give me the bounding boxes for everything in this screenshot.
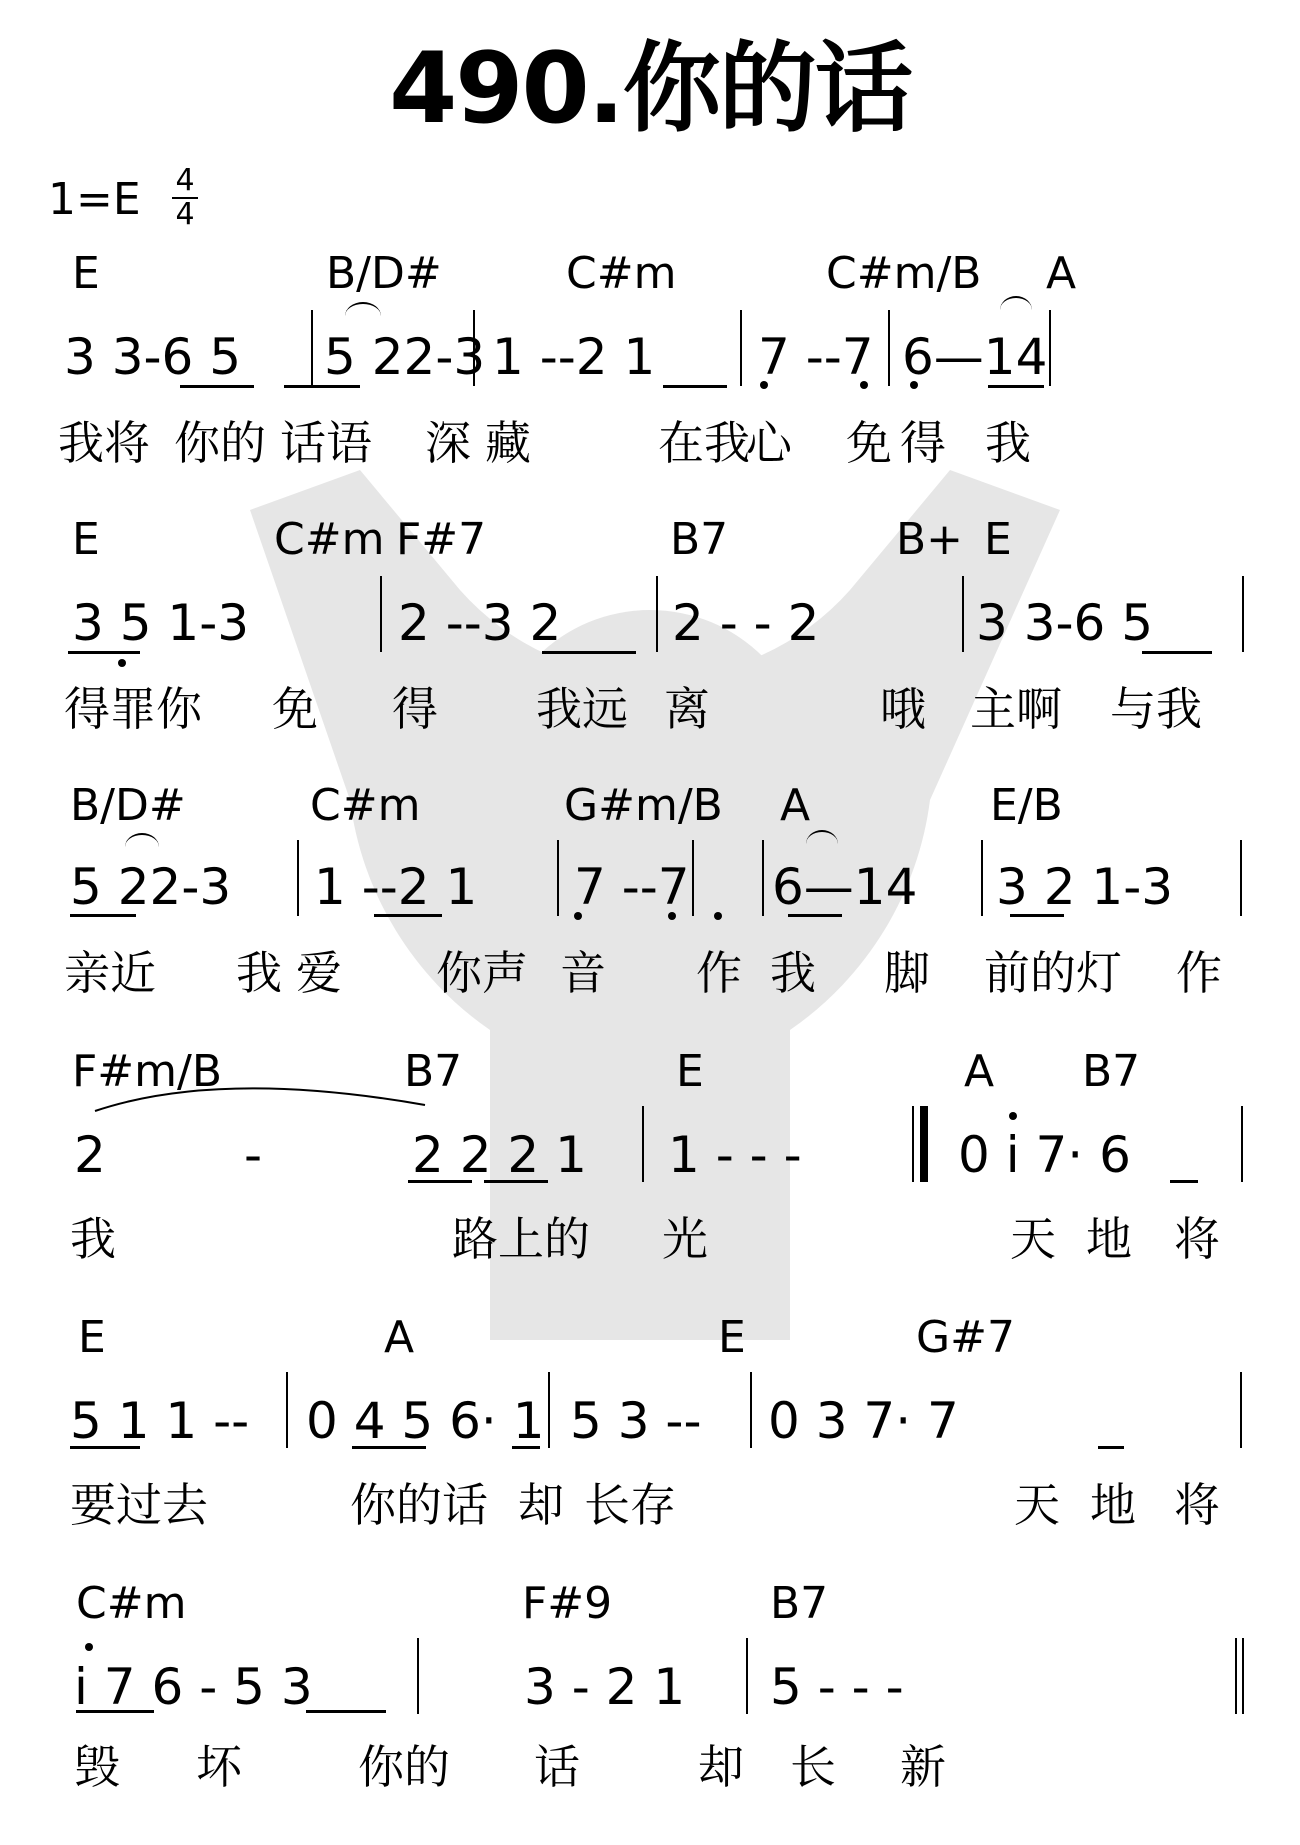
chord: B/D# — [70, 784, 186, 828]
underline — [788, 914, 842, 917]
low-octave-dot — [714, 912, 722, 920]
underline — [180, 385, 254, 388]
barline — [473, 310, 475, 386]
chord: C#m — [310, 784, 420, 828]
lyric: 爱 — [296, 950, 342, 996]
tie-arc — [125, 833, 159, 847]
chord: B/D# — [326, 252, 442, 296]
lyric: 长 — [790, 1744, 836, 1790]
low-octave-dot — [910, 381, 918, 389]
lyric: 你的 — [358, 1744, 450, 1790]
lyric: 脚 — [884, 950, 930, 996]
measure-notes: 5 1 1 -- — [70, 1396, 249, 1446]
chord: C#m — [76, 1582, 186, 1626]
lyric: 与我 — [1110, 686, 1202, 732]
lyric: 话 — [534, 1744, 580, 1790]
lyric: 作 — [1176, 950, 1222, 996]
lyric: 将 — [1174, 1216, 1220, 1262]
underline — [1098, 1446, 1124, 1449]
underline — [284, 385, 360, 388]
measure-notes: 2 2 2 1 — [412, 1130, 587, 1180]
song-title: 490.你的话 — [0, 40, 1300, 138]
chord: E — [718, 1316, 746, 1360]
lyric: 却 — [698, 1744, 744, 1790]
measure-notes: 5 22-3 — [70, 862, 231, 912]
measure-notes: 3 2 1-3 — [996, 862, 1173, 912]
barline — [286, 1372, 288, 1448]
underline — [512, 1446, 540, 1449]
chord: B7 — [670, 518, 728, 562]
measure-notes: 3 3-6 5 — [64, 332, 241, 382]
lyric: 长存 — [584, 1482, 676, 1528]
lyric: 音 — [560, 950, 606, 996]
time-sig-top: 4 — [172, 166, 198, 196]
underline — [1010, 914, 1064, 917]
lyric: 得 — [392, 686, 438, 732]
time-signature: 4 4 — [172, 166, 198, 230]
underline — [408, 1180, 472, 1183]
time-sig-bottom: 4 — [172, 200, 198, 230]
chord: E — [676, 1050, 704, 1094]
chord: C#m — [274, 518, 384, 562]
measure-notes: 7 --7 — [574, 862, 690, 912]
chord: B7 — [1082, 1050, 1140, 1094]
lyric: 我 — [985, 420, 1031, 466]
barline — [417, 1638, 419, 1714]
barline — [888, 310, 890, 386]
lyric: 新 — [900, 1744, 946, 1790]
lyric: 要过去 — [70, 1482, 208, 1528]
barline — [962, 576, 964, 652]
lyric: 免 — [846, 420, 892, 466]
barline — [642, 1106, 644, 1182]
underline — [306, 1710, 386, 1713]
chord: G#7 — [916, 1316, 1015, 1360]
underline — [1170, 1180, 1198, 1183]
measure-notes: 6—14 — [902, 332, 1047, 382]
low-octave-dot — [574, 912, 582, 920]
lyric: 我 — [70, 1216, 116, 1262]
measure-notes: 1 - - - — [668, 1130, 802, 1180]
underline — [76, 1710, 154, 1713]
chord: A — [780, 784, 810, 828]
lyric: 主啊 — [970, 686, 1062, 732]
lyric: 路上的 — [452, 1216, 590, 1262]
lyric: 心 — [746, 420, 792, 466]
barline — [1241, 1106, 1243, 1182]
tie-arc — [345, 302, 381, 316]
barline — [750, 1372, 752, 1448]
chord: F#7 — [396, 518, 486, 562]
underline — [70, 914, 136, 917]
chord: A — [1046, 252, 1076, 296]
lyric: 我将 — [58, 420, 150, 466]
low-octave-dot — [760, 381, 768, 389]
measure-notes: 3 5 1-3 — [72, 598, 249, 648]
barline — [1242, 576, 1244, 652]
lyric: 你声 — [436, 950, 528, 996]
chord: C#m/B — [826, 252, 981, 296]
lyric: 坏 — [196, 1744, 242, 1790]
lyric: 哦 — [880, 686, 926, 732]
tie-arc — [806, 830, 838, 844]
lyric: 得 — [900, 420, 946, 466]
measure-notes: i 7 6 - 5 3 — [74, 1662, 313, 1712]
chord: E/B — [990, 784, 1063, 828]
lyric: 得罪你 — [64, 686, 202, 732]
measure-notes: 1 --2 1 — [492, 332, 655, 382]
measure-notes: 5 22-3 — [324, 332, 485, 382]
lyric: 将 — [1174, 1482, 1220, 1528]
measure-notes: 3 3-6 5 — [976, 598, 1153, 648]
measure-notes: 2 - - 2 — [672, 598, 819, 648]
barline — [548, 1372, 550, 1448]
lyric: 我 — [770, 950, 816, 996]
lyric: 亲近 — [64, 950, 156, 996]
underline — [352, 1446, 426, 1449]
lyric: 你的 — [174, 420, 266, 466]
measure-notes: 0 i 7· 6 — [958, 1130, 1131, 1180]
barline — [297, 840, 299, 916]
barline — [380, 576, 382, 652]
chord: E — [72, 518, 100, 562]
barline — [1240, 1372, 1242, 1448]
barline — [912, 1106, 914, 1182]
slur-arc — [90, 1075, 430, 1115]
repeat-barline — [920, 1106, 928, 1182]
lyric: 在我 — [658, 420, 750, 466]
key-signature: 1=E — [48, 178, 141, 222]
lyric: 地 — [1086, 1216, 1132, 1262]
lyric: 光 — [662, 1216, 708, 1262]
measure-notes: 3 - 2 1 — [524, 1662, 685, 1712]
measure-notes: 0 4 5 6· 1 — [306, 1396, 545, 1446]
measure-notes: 2 — [74, 1130, 106, 1180]
underline — [70, 1446, 140, 1449]
measure-notes: 6—14 — [772, 862, 917, 912]
barline — [1240, 840, 1242, 916]
measure-notes: 0 3 7· 7 — [768, 1396, 959, 1446]
barline — [746, 1638, 748, 1714]
low-octave-dot — [860, 381, 868, 389]
barline — [1049, 310, 1051, 386]
underline — [484, 1180, 548, 1183]
chord: A — [384, 1316, 414, 1360]
chord: C#m — [566, 252, 676, 296]
barline — [656, 576, 658, 652]
lyric: 我远 — [536, 686, 628, 732]
underline — [1142, 651, 1212, 654]
barline — [981, 840, 983, 916]
lyric: 免 — [272, 686, 318, 732]
chord: B7 — [770, 1582, 828, 1626]
measure-notes: 5 - - - — [770, 1662, 904, 1712]
barline — [311, 310, 313, 386]
lyric: 话语 — [280, 420, 372, 466]
underline — [374, 914, 442, 917]
high-octave-dot — [1009, 1112, 1017, 1120]
measure-notes: 7 --7 — [758, 332, 874, 382]
measure-notes: - — [244, 1130, 262, 1180]
lyric: 藏 — [485, 420, 531, 466]
barline — [762, 840, 764, 916]
measure-notes: 5 3 -- — [570, 1396, 702, 1446]
final-barline — [1235, 1638, 1237, 1714]
barline — [692, 840, 694, 916]
barline — [740, 310, 742, 386]
low-octave-dot — [118, 659, 126, 667]
chord: E — [72, 252, 100, 296]
underline — [542, 651, 636, 654]
lyric: 离 — [664, 686, 710, 732]
high-octave-dot — [85, 1643, 93, 1651]
chord: E — [984, 518, 1012, 562]
measure-notes: 2 --3 2 — [398, 598, 561, 648]
chord: A — [964, 1050, 994, 1094]
barline — [557, 840, 559, 916]
measure-notes: 1 --2 1 — [314, 862, 477, 912]
lyric: 前的灯 — [984, 950, 1122, 996]
lyric: 深 — [425, 420, 471, 466]
tie-arc — [1000, 296, 1032, 310]
lyric: 却 — [518, 1482, 564, 1528]
underline — [663, 385, 727, 388]
chord: G#m/B — [564, 784, 723, 828]
underline — [988, 385, 1044, 388]
lyric: 作 — [696, 950, 742, 996]
lyric: 我 — [236, 950, 282, 996]
lyric: 天 — [1010, 1216, 1056, 1262]
underline — [68, 651, 140, 654]
chord: F#9 — [522, 1582, 612, 1626]
lyric: 你的话 — [350, 1482, 488, 1528]
lyric: 毁 — [74, 1744, 120, 1790]
low-octave-dot — [668, 912, 676, 920]
chord: B+ — [896, 518, 963, 562]
final-barline — [1242, 1638, 1244, 1714]
lyric: 天 — [1014, 1482, 1060, 1528]
lyric: 地 — [1090, 1482, 1136, 1528]
chord: E — [78, 1316, 106, 1360]
